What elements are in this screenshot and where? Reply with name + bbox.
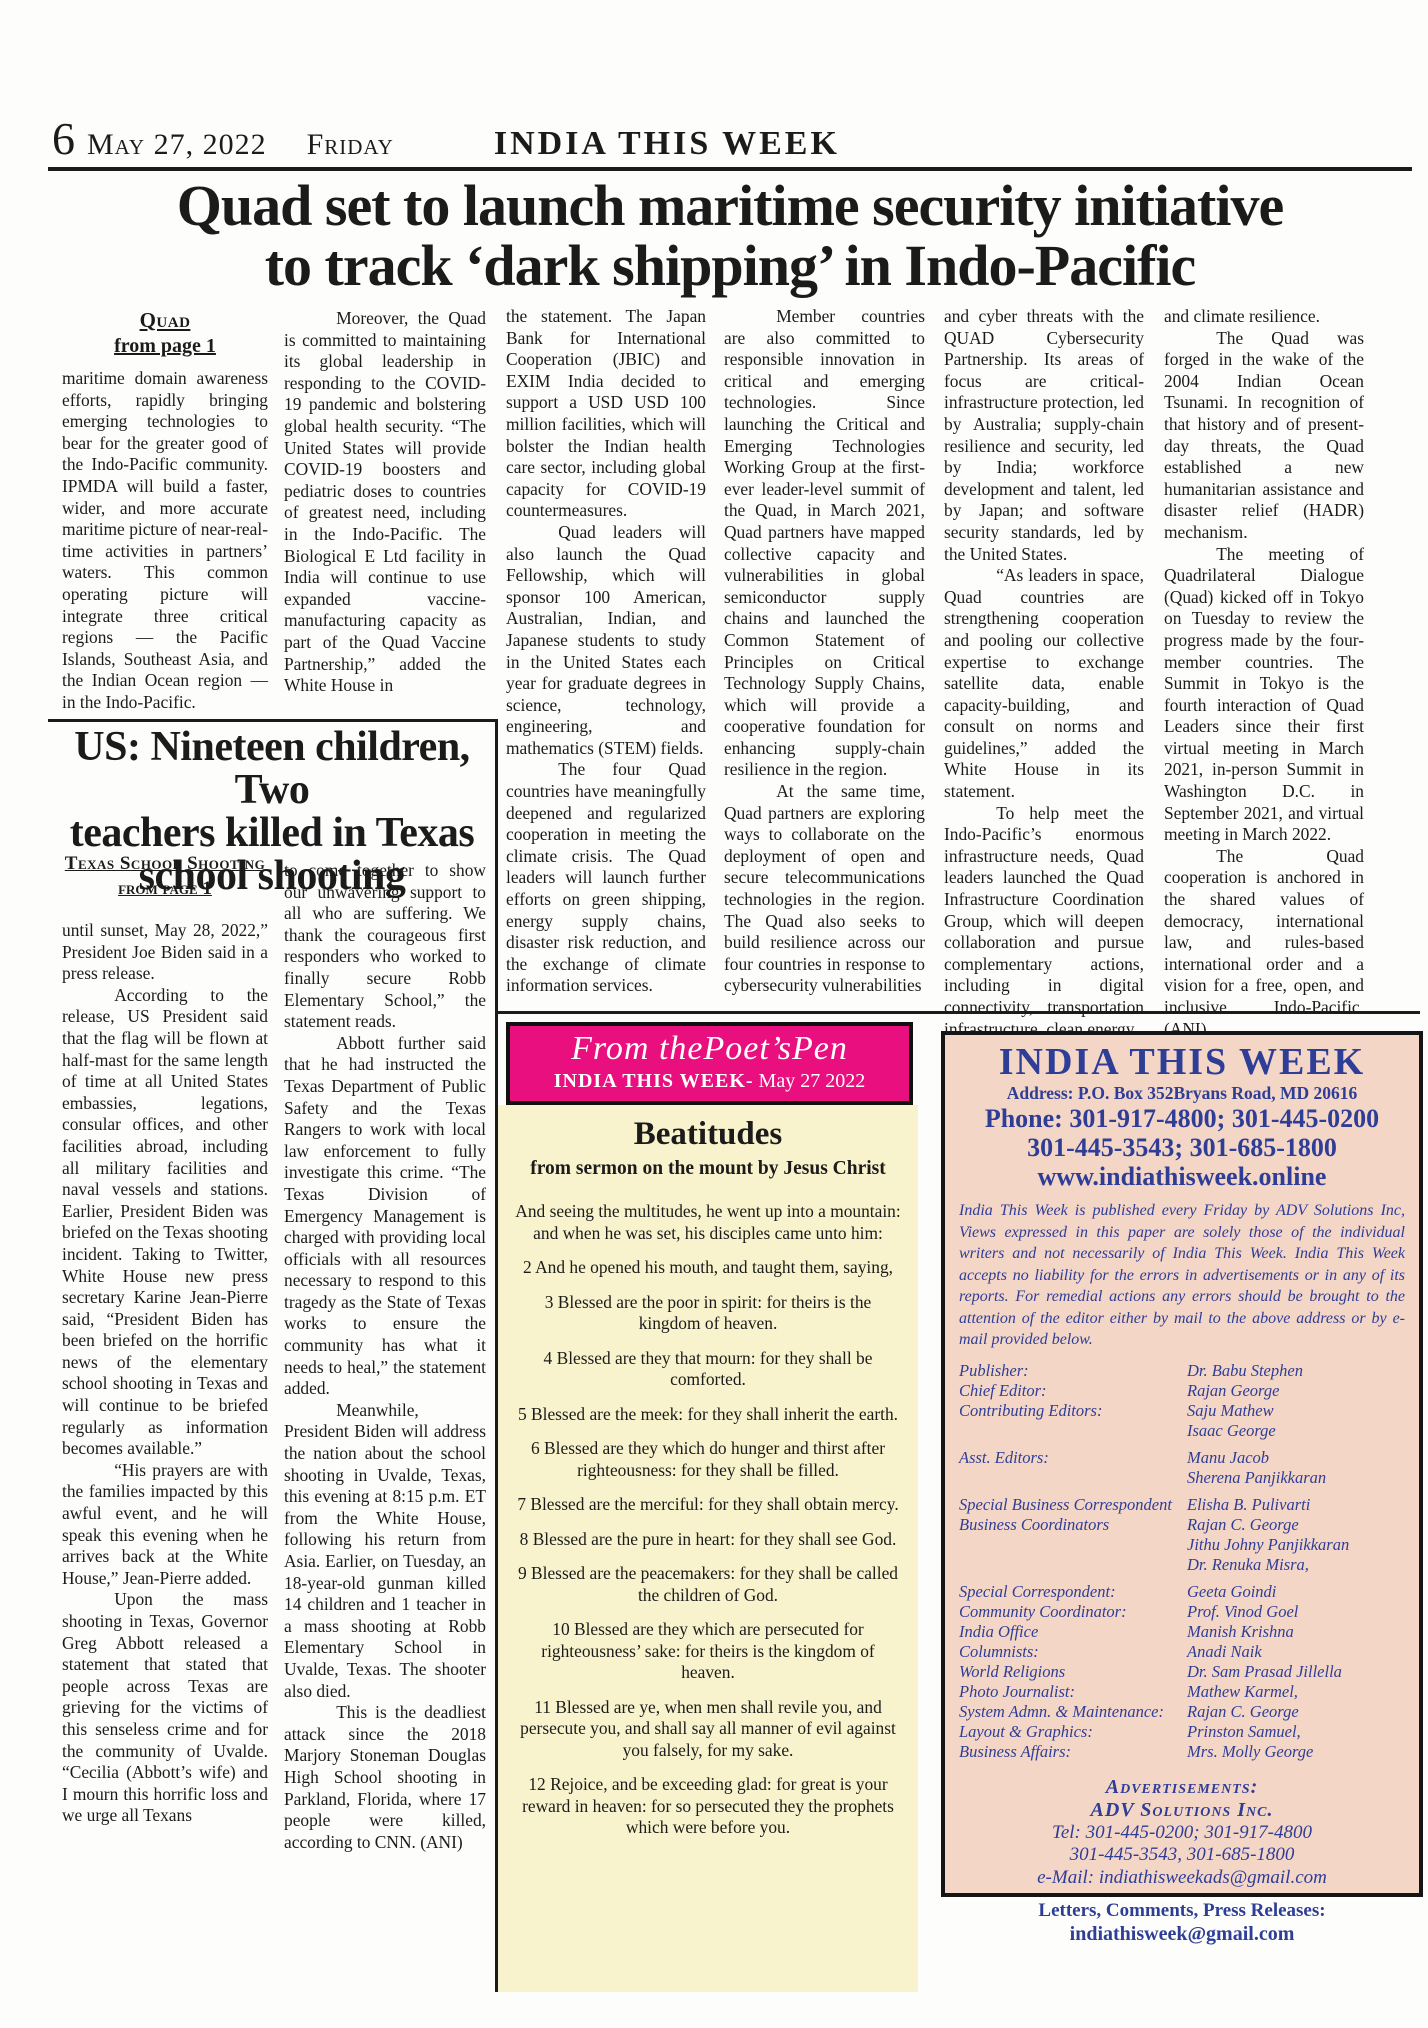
quad-story-column-2: Moreover, the Quad is committed to maint… <box>284 308 486 697</box>
staff-name: Dr. Sam Prasad Jillella <box>1187 1662 1405 1682</box>
story-paragraph: until sunset, May 28, 2022,” President J… <box>62 920 268 985</box>
story-paragraph: Quad leaders will also launch the Quad F… <box>506 522 706 760</box>
letters-email: indiathisweek@gmail.com <box>959 1922 1405 1946</box>
staff-row: Asst. Editors: Manu Jacob <box>959 1448 1405 1468</box>
staff-list: Publisher: Dr. Babu Stephen Chief Editor… <box>959 1361 1405 1762</box>
jump-sub: from page 1 <box>62 876 268 902</box>
headline-line-2: to track ‘dark shipping’ in Indo-Pacific <box>48 236 1412 296</box>
story-paragraph: Meanwhile, President Biden will address … <box>284 1400 486 1702</box>
staff-name: Geeta Goindi <box>1187 1582 1405 1602</box>
staff-role: Business Affairs: <box>959 1742 1187 1762</box>
info-box-website: www.indiathisweek.online <box>959 1162 1405 1192</box>
quad-story-column-3: the statement. The Japan Bank for Intern… <box>506 306 706 997</box>
story-paragraph: maritime domain awareness efforts, rapid… <box>62 368 268 714</box>
story-paragraph: Upon the mass shooting in Texas, Governo… <box>62 1589 268 1827</box>
story-paragraph: “As leaders in space, Quad countries are… <box>944 565 1144 803</box>
staff-name: Jithu Johny Panjikkaran <box>1187 1535 1405 1555</box>
staff-row: Business Coordinators Rajan C. George <box>959 1515 1405 1535</box>
info-box-title: INDIA THIS WEEK <box>959 1041 1405 1083</box>
staff-row: World Religions Dr. Sam Prasad Jillella <box>959 1662 1405 1682</box>
story-paragraph: To help meet the Indo-Pacific’s enormous… <box>944 803 1144 1041</box>
quad-story-column-4: Member countries are also committed to r… <box>724 306 925 997</box>
staff-row: Jithu Johny Panjikkaran <box>959 1535 1405 1555</box>
quad-story-column-6: and climate resilience.The Quad was forg… <box>1164 306 1364 1040</box>
beatitudes-panel: Beatitudes from sermon on the mount by J… <box>498 1105 918 1992</box>
story-paragraph: The Quad was forged in the wake of the 2… <box>1164 328 1364 544</box>
page-header: 6 May 27, 2022 Friday INDIA THIS WEEK <box>52 116 1392 163</box>
newspaper-page: 6 May 27, 2022 Friday INDIA THIS WEEK Qu… <box>0 0 1428 2028</box>
staff-role: Layout & Graphics: <box>959 1722 1187 1742</box>
quad-jump-head: Quad from page 1 <box>62 308 268 359</box>
headline-line-1: Quad set to launch maritime security ini… <box>48 176 1412 236</box>
story-paragraph: Moreover, the Quad is committed to maint… <box>284 308 486 697</box>
staff-role <box>959 1468 1187 1488</box>
staff-name: Prof. Vinod Goel <box>1187 1602 1405 1622</box>
masthead-title: INDIA THIS WEEK <box>494 125 840 163</box>
story-paragraph: to come together to show our unwavering … <box>284 860 486 1033</box>
letters-label: Letters, Comments, Press Releases: <box>959 1899 1405 1922</box>
beatitude-verse: 10 Blessed are they which are persecuted… <box>514 1619 902 1684</box>
quad-col1-paragraphs: maritime domain awareness efforts, rapid… <box>62 368 268 714</box>
poets-pen-issue-date: May 27 2022 <box>754 1070 866 1092</box>
staff-row: India Office Manish Krishna <box>959 1622 1405 1642</box>
staff-name: Sherena Panjikkaran <box>1187 1468 1405 1488</box>
beatitudes-subtitle: from sermon on the mount by Jesus Christ <box>514 1156 902 1181</box>
texas-story-column-1: Texas School Shooting from page 1 until … <box>62 852 268 1827</box>
ads-company: ADV Solutions Inc. <box>959 1799 1405 1822</box>
story-paragraph: The meeting of Quadrilateral Dialogue (Q… <box>1164 544 1364 846</box>
jump-label: Quad <box>62 308 268 333</box>
staff-role: Contributing Editors: <box>959 1401 1187 1421</box>
story-paragraph: Member countries are also committed to r… <box>724 306 925 781</box>
staff-role: Chief Editor: <box>959 1381 1187 1401</box>
header-rule <box>48 167 1412 171</box>
texas-story-column-2: to come together to show our unwavering … <box>284 860 486 1853</box>
staff-name: Mathew Karmel, <box>1187 1682 1405 1702</box>
beatitudes-title: Beatitudes <box>514 1115 902 1153</box>
staff-name: Rajan C. George <box>1187 1515 1405 1535</box>
ads-telephone-line-2: 301-445-3543, 301-685-1800 <box>959 1844 1405 1866</box>
poets-pen-title: From thePoet’sPen <box>510 1029 909 1069</box>
staff-row: Dr. Renuka Misra, <box>959 1555 1405 1575</box>
staff-row: Photo Journalist: Mathew Karmel, <box>959 1682 1405 1702</box>
staff-role: Photo Journalist: <box>959 1682 1187 1702</box>
staff-name: Dr. Renuka Misra, <box>1187 1555 1405 1575</box>
staff-role: Asst. Editors: <box>959 1448 1187 1468</box>
texas-jump-head: Texas School Shooting from page 1 <box>62 852 268 902</box>
beatitude-verse: 2 And he opened his mouth, and taught th… <box>514 1257 902 1279</box>
staff-name: Isaac George <box>1187 1421 1405 1441</box>
issue-date: May 27, 2022 <box>87 128 267 162</box>
beatitude-verse: 6 Blessed are they which do hunger and t… <box>514 1438 902 1481</box>
staff-name: Anadi Naik <box>1187 1642 1405 1662</box>
staff-role: Community Coordinator: <box>959 1602 1187 1622</box>
poets-pen-issue-line: INDIA THIS WEEK- May 27 2022 <box>510 1069 909 1093</box>
page-number: 6 <box>52 116 75 162</box>
texas-col1-paragraphs: until sunset, May 28, 2022,” President J… <box>62 920 268 1827</box>
beatitude-verse: 9 Blessed are the peacemakers: for they … <box>514 1563 902 1606</box>
staff-name: Manish Krishna <box>1187 1622 1405 1642</box>
staff-name: Rajan C. George <box>1187 1702 1405 1722</box>
beatitude-verse: 5 Blessed are the meek: for they shall i… <box>514 1404 902 1426</box>
staff-role <box>959 1535 1187 1555</box>
texas-headline-line: teachers killed in Texas <box>48 812 496 855</box>
quad-story-column-1: Quad from page 1 maritime domain awarene… <box>62 308 268 714</box>
staff-role: Publisher: <box>959 1361 1187 1381</box>
staff-row: Publisher: Dr. Babu Stephen <box>959 1361 1405 1381</box>
staff-role: Special Correspondent: <box>959 1582 1187 1602</box>
beatitudes-verses: And seeing the multitudes, he went up in… <box>514 1201 902 1839</box>
staff-name: Prinston Samuel, <box>1187 1722 1405 1742</box>
beatitude-verse: And seeing the multitudes, he went up in… <box>514 1201 902 1244</box>
quad-story-headline: Quad set to launch maritime security ini… <box>48 176 1412 296</box>
beatitude-verse: 8 Blessed are the pure in heart: for the… <box>514 1529 902 1551</box>
staff-row: Business Affairs: Mrs. Molly George <box>959 1742 1405 1762</box>
staff-role: Special Business Correspondent <box>959 1495 1187 1515</box>
story-paragraph: The four Quad countries have meaningfull… <box>506 759 706 997</box>
staff-role: Business Coordinators <box>959 1515 1187 1535</box>
staff-role: System Admn. & Maintenance: <box>959 1702 1187 1722</box>
story-paragraph: Abbott further said that he had instruct… <box>284 1033 486 1400</box>
ads-email: e-Mail: indiathisweekads@gmail.com <box>959 1866 1405 1889</box>
staff-name: Rajan George <box>1187 1381 1405 1401</box>
staff-role: World Religions <box>959 1662 1187 1682</box>
staff-name: Saju Mathew <box>1187 1401 1405 1421</box>
section-divider-rule <box>48 719 495 722</box>
staff-row: Columnists: Anadi Naik <box>959 1642 1405 1662</box>
advertisements-block: Advertisements: ADV Solutions Inc. Tel: … <box>959 1776 1405 1889</box>
ads-title: Advertisements: <box>959 1776 1405 1799</box>
beatitude-verse: 12 Rejoice, and be exceeding glad: for g… <box>514 1774 902 1839</box>
staff-role <box>959 1421 1187 1441</box>
info-box-disclaimer: India This Week is published every Frida… <box>959 1200 1405 1351</box>
staff-row: Special Business Correspondent Elisha B.… <box>959 1495 1405 1515</box>
info-box-address: Address: P.O. Box 352Bryans Road, MD 206… <box>959 1083 1405 1104</box>
issue-weekday: Friday <box>307 128 394 162</box>
staff-row: Contributing Editors: Saju Mathew <box>959 1401 1405 1421</box>
poets-pen-header: From thePoet’sPen INDIA THIS WEEK- May 2… <box>506 1022 913 1105</box>
info-box-phone-line-1: Phone: 301-917-4800; 301-445-0200 <box>959 1104 1405 1133</box>
staff-row: System Admn. & Maintenance: Rajan C. Geo… <box>959 1702 1405 1722</box>
staff-row: Layout & Graphics: Prinston Samuel, <box>959 1722 1405 1742</box>
story-paragraph: At the same time, Quad partners are expl… <box>724 781 925 997</box>
staff-row: Special Correspondent: Geeta Goindi <box>959 1582 1405 1602</box>
beatitude-verse: 7 Blessed are the merciful: for they sha… <box>514 1494 902 1516</box>
staff-row: Sherena Panjikkaran <box>959 1468 1405 1488</box>
texas-headline-line: US: Nineteen children, Two <box>48 726 496 812</box>
jump-label: Texas School Shooting <box>62 852 268 876</box>
staff-name: Dr. Babu Stephen <box>1187 1361 1405 1381</box>
quad-story-column-5: and cyber threats with the QUAD Cybersec… <box>944 306 1144 1040</box>
beatitude-verse: 3 Blessed are the poor in spirit: for th… <box>514 1292 902 1335</box>
beatitude-verse: 11 Blessed are ye, when men shall revile… <box>514 1697 902 1762</box>
story-paragraph: the statement. The Japan Bank for Intern… <box>506 306 706 522</box>
poets-pen-issue-masthead: INDIA THIS WEEK- <box>554 1070 754 1092</box>
publication-info-box: INDIA THIS WEEK Address: P.O. Box 352Bry… <box>941 1031 1423 1897</box>
staff-name: Mrs. Molly George <box>1187 1742 1405 1762</box>
staff-name: Manu Jacob <box>1187 1448 1405 1468</box>
story-paragraph: “His prayers are with the families impac… <box>62 1460 268 1590</box>
letters-block: Letters, Comments, Press Releases: india… <box>959 1899 1405 1946</box>
staff-role: Columnists: <box>959 1642 1187 1662</box>
ads-telephone-line-1: Tel: 301-445-0200; 301-917-4800 <box>959 1822 1405 1844</box>
story-paragraph: This is the deadliest attack since the 2… <box>284 1702 486 1853</box>
staff-row: Community Coordinator: Prof. Vinod Goel <box>959 1602 1405 1622</box>
story-paragraph: According to the release, US President s… <box>62 985 268 1460</box>
horizontal-section-rule <box>498 1011 1420 1014</box>
story-paragraph: and climate resilience. <box>1164 306 1364 328</box>
info-box-phone-line-2: 301-445-3543; 301-685-1800 <box>959 1133 1405 1162</box>
beatitude-verse: 4 Blessed are they that mourn: for they … <box>514 1348 902 1391</box>
story-paragraph: and cyber threats with the QUAD Cybersec… <box>944 306 1144 565</box>
jump-sub: from page 1 <box>62 333 268 359</box>
staff-role <box>959 1555 1187 1575</box>
staff-role: India Office <box>959 1622 1187 1642</box>
staff-row: Isaac George <box>959 1421 1405 1441</box>
staff-name: Elisha B. Pulivarti <box>1187 1495 1405 1515</box>
staff-row: Chief Editor: Rajan George <box>959 1381 1405 1401</box>
